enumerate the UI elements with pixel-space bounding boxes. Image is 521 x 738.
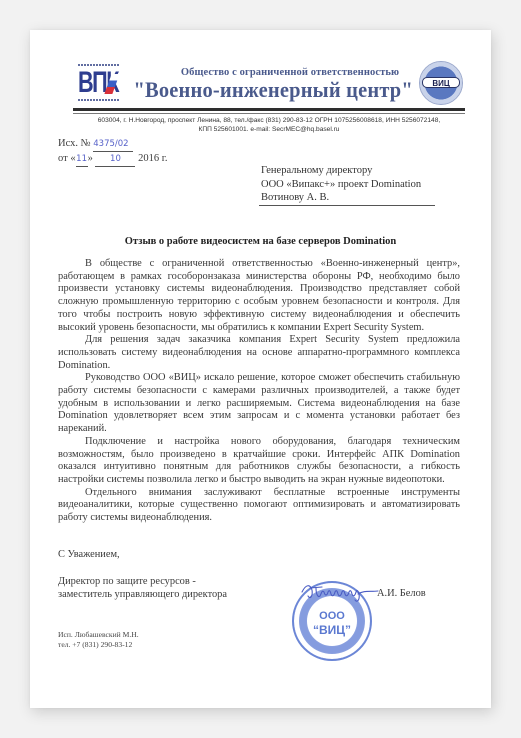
outgoing-date-line: от «11» 10 2016 г. [58, 152, 167, 167]
paragraph: В обществе с ограниченной ответственност… [58, 258, 460, 334]
date-month: 10 [95, 153, 135, 167]
signer-position-line-2: заместитель управляющего директора [58, 589, 227, 602]
signer-position-line-1: Директор по защите ресурсов - [58, 576, 227, 589]
addressee-divider [259, 205, 435, 206]
executor-phone: тел. +7 (831) 290-83-12 [58, 640, 139, 650]
outgoing-reference: Исх. № 4375/02 от «11» 10 2016 г. [58, 137, 167, 167]
stamp-line-1: ООО [294, 610, 370, 622]
signer-position: Директор по защите ресурсов - заместител… [58, 576, 227, 601]
executor-name: Исп. Любашевский М.Н. [58, 630, 139, 640]
outgoing-number-line: Исх. № 4375/02 [58, 137, 167, 152]
stamp-line-2: “ВИЦ” [294, 623, 370, 637]
addressee-line-1: Генеральному директору [261, 164, 421, 178]
address-line-1: 603004, г. Н.Новгород, проспект Ленина, … [73, 116, 465, 125]
paragraph: Руководство ООО «ВИЦ» искало решение, ко… [58, 372, 460, 436]
outgoing-number: 4375/02 [93, 138, 133, 152]
address-line-2: КПП 525601001. e-mail: SecrMEC@hq.basel.… [73, 125, 465, 134]
vic-emblem-badge: ВИЦ [422, 77, 460, 88]
date-prefix: от « [58, 153, 76, 164]
addressee-line-2: ООО «Випакс+» проект Domination [261, 178, 421, 192]
company-address: 603004, г. Н.Новгород, проспект Ленина, … [73, 116, 465, 134]
letter-title: Отзыв о работе видеосистем на базе серве… [58, 236, 463, 247]
closing-salutation: С Уважением, [58, 549, 120, 560]
vpk-logo-bottom-caption [78, 99, 120, 101]
executor-info: Исп. Любашевский М.Н. тел. +7 (831) 290-… [58, 630, 139, 650]
header-divider-thick [73, 108, 465, 111]
paragraph: Подключение и настройка нового оборудова… [58, 436, 460, 487]
addressee-block: Генеральному директору ООО «Випакс+» про… [261, 164, 421, 205]
paragraph: Отдельного внимания заслуживают бесплатн… [58, 487, 460, 525]
date-year: 2016 г. [138, 153, 167, 164]
vpk-logo-icon: ВПК [78, 64, 120, 104]
addressee-line-3: Вотинову А. В. [261, 191, 421, 205]
header-divider-thin [73, 113, 465, 114]
signature-icon [300, 582, 380, 604]
date-mid: » [88, 153, 93, 164]
date-day: 11 [76, 153, 88, 167]
outgoing-label: Исх. № [58, 138, 91, 149]
vic-emblem-icon: ВИЦ [419, 61, 463, 105]
letter-body: В обществе с ограниченной ответственност… [58, 258, 460, 525]
paragraph: Для решения задач заказчика компания Exp… [58, 334, 460, 372]
signer-name: А.И. Белов [377, 588, 426, 599]
letter-page: ВПК Общество с ограниченной ответственно… [30, 30, 491, 708]
org-name: "Военно-инженерный центр" [134, 77, 413, 103]
